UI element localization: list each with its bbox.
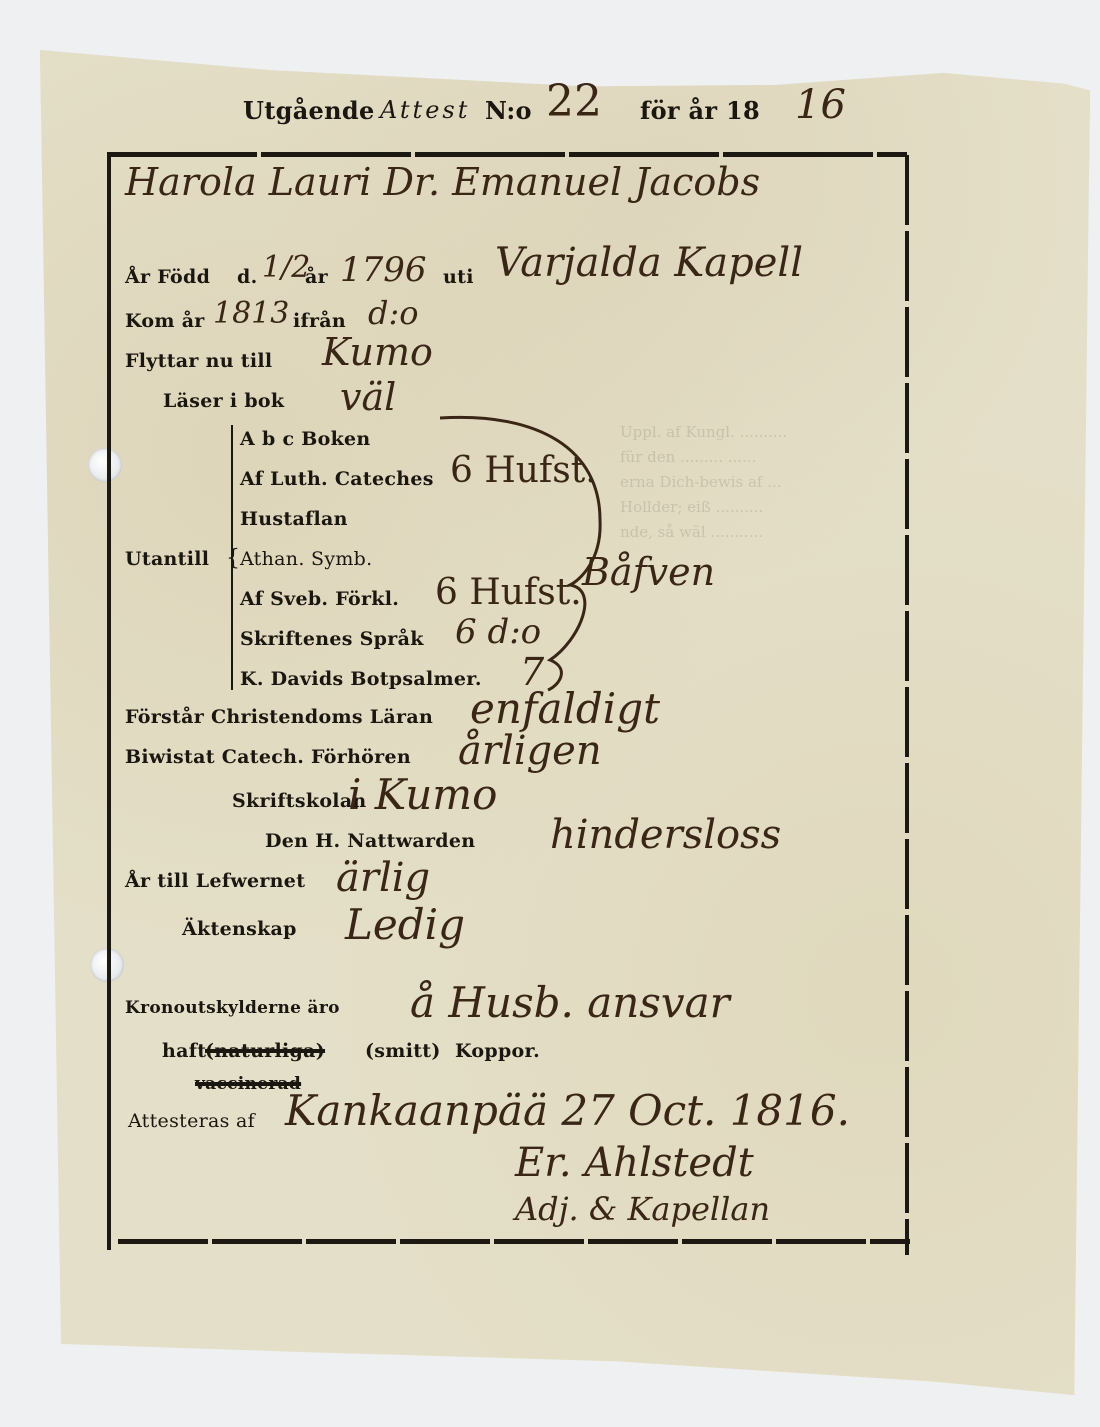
reads-book-value: väl xyxy=(340,375,396,419)
smallpox-struck-option: (naturliga) xyxy=(205,1040,325,1062)
header-no: N:o xyxy=(485,96,532,125)
marriage-label: Äktenskap xyxy=(182,918,297,940)
frame-border-left xyxy=(107,155,111,1250)
frame-border-bottom xyxy=(118,1239,910,1244)
communion-value: hindersloss xyxy=(550,812,781,858)
born-label: År Född xyxy=(125,266,210,288)
smallpox-label: haft xyxy=(162,1040,206,1062)
header-prefix: Utgående xyxy=(243,96,375,125)
by-heart-item-label: Skriftenes Språk xyxy=(240,628,424,650)
person-name: Harola Lauri Dr. Emanuel Jacobs xyxy=(125,160,760,204)
by-heart-label: Utantill xyxy=(125,548,209,570)
by-heart-item-label: Af Sveb. Förkl. xyxy=(240,588,399,610)
certificate-number: 22 xyxy=(546,76,602,127)
frame-border-top xyxy=(107,152,907,157)
attested-title: Adj. & Kapellan xyxy=(515,1190,770,1228)
arrived-from: d:o xyxy=(368,294,419,332)
born-day-month: 1/2 xyxy=(262,250,310,285)
by-heart-note: Båfven xyxy=(582,550,715,594)
bleed-through-text: Uppl. af Kungl. .......... für den .....… xyxy=(620,395,787,545)
punch-hole-top xyxy=(88,448,122,482)
by-heart-item-label: Athan. Symb. xyxy=(240,548,372,570)
communion-label: Den H. Nattwarden xyxy=(265,830,475,852)
arrived-label: Kom år xyxy=(125,310,205,332)
arrived-from-label: ifrån xyxy=(293,310,346,332)
by-heart-item-label: Af Luth. Cateches xyxy=(240,468,434,490)
confirmation-school-value: i Kumo xyxy=(348,770,497,819)
by-heart-item-label: Hustaflan xyxy=(240,508,348,530)
conduct-value: ärlig xyxy=(336,855,430,901)
crown-taxes-value: å Husb. ansvar xyxy=(410,978,730,1027)
confirmation-school-label: Skriftskolan xyxy=(232,790,367,812)
reads-book-label: Läser i bok xyxy=(163,390,284,412)
frame-border-right xyxy=(905,155,909,1255)
moving-to-label: Flyttar nu till xyxy=(125,350,272,372)
attested-signer: Er. Ahlstedt xyxy=(515,1140,754,1186)
understands-value: enfaldigt xyxy=(470,684,660,733)
attested-label: Attesteras af xyxy=(128,1110,255,1132)
attested-place-date: Kankaanpää 27 Oct. 1816. xyxy=(285,1086,850,1135)
attended-exams-label: Biwistat Catech. Förhören xyxy=(125,746,411,768)
born-d-label: d. xyxy=(237,266,258,288)
smallpox-suffix: Koppor. xyxy=(455,1040,540,1062)
by-heart-brace: { xyxy=(226,546,240,571)
by-heart-item-label: A b c Boken xyxy=(240,428,371,450)
conduct-label: År till Lefwernet xyxy=(125,870,305,892)
born-in-label: uti xyxy=(443,266,474,288)
certificate-year: 16 xyxy=(795,82,846,128)
header-for-year: för år 18 xyxy=(640,96,760,125)
moving-to-value: Kumo xyxy=(322,330,433,374)
smallpox-option: (smitt) xyxy=(365,1040,441,1062)
understands-label: Förstår Christendoms Läran xyxy=(125,706,433,728)
born-place: Varjalda Kapell xyxy=(495,240,803,286)
header-attest: Attest xyxy=(380,96,470,124)
born-year-label: år xyxy=(305,266,328,288)
arrived-year: 1813 xyxy=(213,296,289,331)
attended-exams-value: årligen xyxy=(458,728,602,774)
born-year: 1796 xyxy=(340,250,427,290)
marriage-value: Ledig xyxy=(345,900,465,949)
crown-taxes-label: Kronoutskylderne äro xyxy=(125,998,340,1018)
